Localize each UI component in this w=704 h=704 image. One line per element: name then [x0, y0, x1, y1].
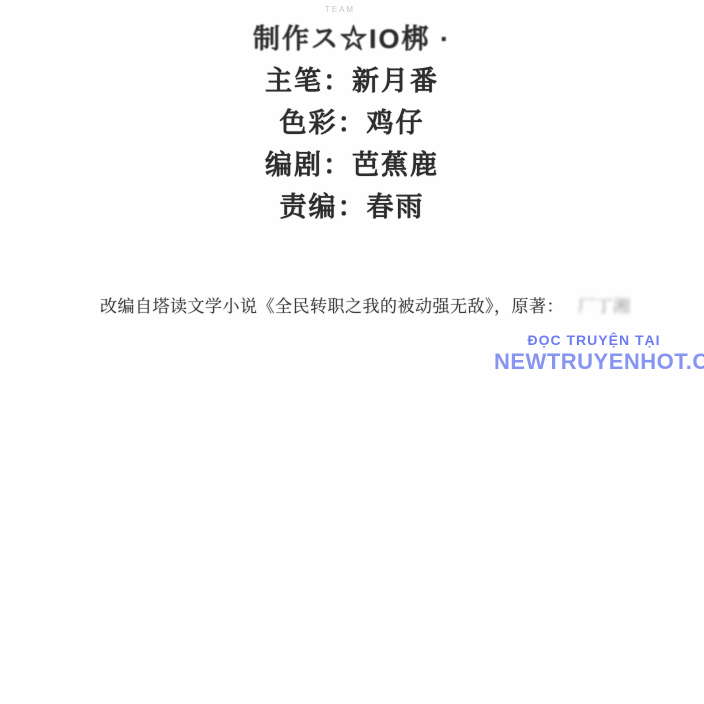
credit-line-lead-artist: 主笔：新月番	[0, 60, 704, 102]
credit-line-color: 色彩：鸡仔	[0, 102, 704, 144]
watermark-site-url: NEWTRUYENHOT.COM	[494, 350, 694, 373]
credits-page: TEAM 制作ス☆IO梆 · 主笔：新月番 色彩：鸡仔 编剧：芭蕉鹿 责编：春雨…	[0, 0, 704, 704]
credits-block: TEAM 制作ス☆IO梆 · 主笔：新月番 色彩：鸡仔 编剧：芭蕉鹿 责编：春雨	[0, 2, 704, 228]
original-author-redacted: 厂丁湘	[578, 295, 631, 319]
adaptation-note: 改编自塔读文学小说《全民转职之我的被动强无敌》，原著：厂丁湘	[100, 295, 631, 319]
credit-line-script: 编剧：芭蕉鹿	[0, 144, 704, 186]
watermark: ĐỌC TRUYỆN TẠI NEWTRUYENHOT.COM	[494, 331, 694, 373]
credit-line-production: 制作ス☆IO梆 ·	[0, 18, 704, 60]
credit-line-editor: 责编：春雨	[0, 186, 704, 228]
watermark-tagline: ĐỌC TRUYỆN TẠI	[494, 331, 694, 349]
adaptation-note-text: 改编自塔读文学小说《全民转职之我的被动强无敌》，原著：	[100, 297, 564, 316]
team-faint-label: TEAM	[0, 2, 692, 18]
